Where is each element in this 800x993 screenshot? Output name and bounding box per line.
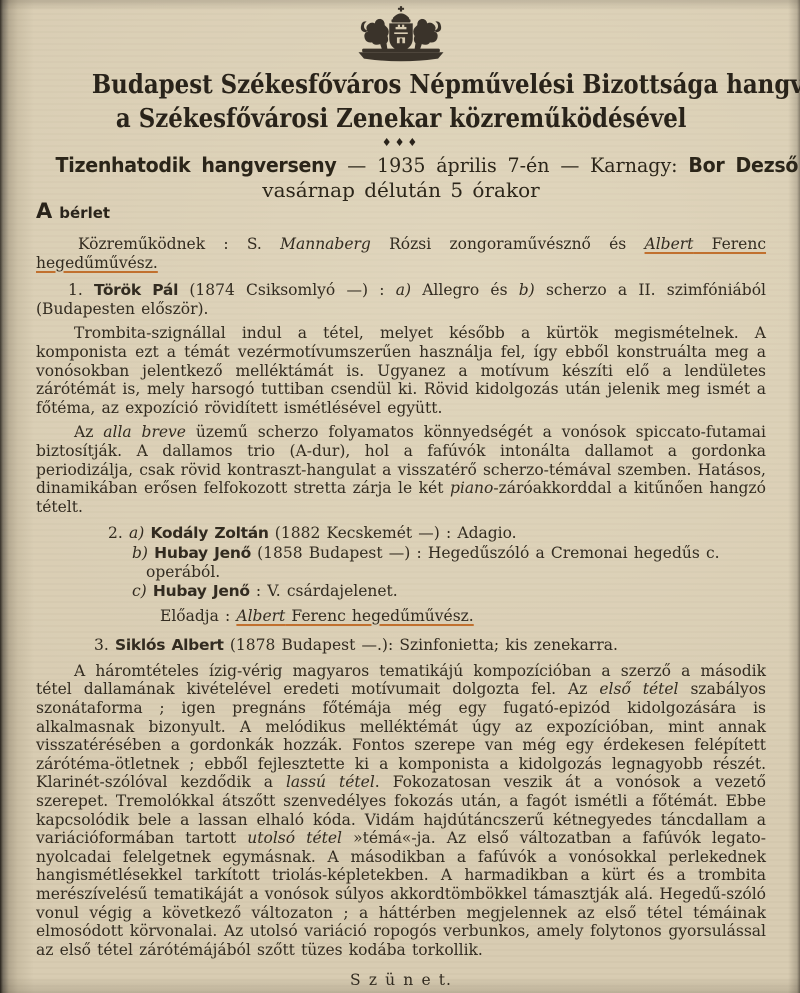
subscription-letter: A	[36, 199, 52, 223]
program-body: Közreműködnek : S. Mannaberg Rózsi zongo…	[36, 235, 766, 990]
program-item-1-note-2: Az alla breve üzemű scherzo folyamatos k…	[36, 423, 766, 516]
program-item-2c-line: c) Hubay Jenő : V. csárdajelenet.	[132, 582, 766, 601]
concert-info-line: Tizenhatodik hangverseny — 1935 április …	[36, 152, 766, 178]
program-item-2-performer-line: Előadja : Albert Ferenc hegedűművész.	[160, 607, 766, 626]
intermission-line: S z ü n e t.	[36, 971, 766, 990]
page-title-line2: a Székesfővárosi Zenekar közreműködéséve…	[36, 102, 766, 136]
concert-program-page: Budapest Székesfőváros Népművelési Bizot…	[0, 0, 800, 993]
concert-time-line: vasárnap délután 5 órakor	[36, 178, 766, 202]
program-item-1-heading: 1. Török Pál (1874 Csiksomlyó —) : a) Al…	[36, 281, 766, 318]
page-title-line2-text: a Székesfővárosi Zenekar közreműködéséve…	[116, 102, 687, 136]
performers-paragraph: Közreműködnek : S. Mannaberg Rózsi zongo…	[36, 235, 766, 272]
concert-info-text: Tizenhatodik hangverseny — 1935 április …	[56, 152, 799, 178]
page-title-line1-text: Budapest Székesfőváros Népművelési Bizot…	[92, 68, 800, 102]
coat-of-arms	[36, 6, 766, 68]
subscription-label: Abérlet	[36, 200, 766, 224]
program-item-2b-line: b) Hubay Jenő (1858 Budapest —) : Hegedű…	[132, 544, 766, 581]
page-title-line1: Budapest Székesfőváros Népművelési Bizot…	[36, 68, 766, 102]
program-item-3-note: A háromtételes ízig-vérig magyaros temat…	[36, 662, 766, 960]
program-item-3-heading: 3. Siklós Albert (1878 Budapest —.): Szi…	[94, 636, 766, 655]
program-item-2a-line: 2. a) Kodály Zoltán (1882 Kecskemét —) :…	[108, 524, 766, 543]
program-item-1-note-1: Trombita-szignállal indul a tétel, melye…	[36, 324, 766, 417]
diamond-ornament-separator: ♦♦♦	[36, 136, 766, 150]
subscription-word: bérlet	[59, 204, 110, 222]
